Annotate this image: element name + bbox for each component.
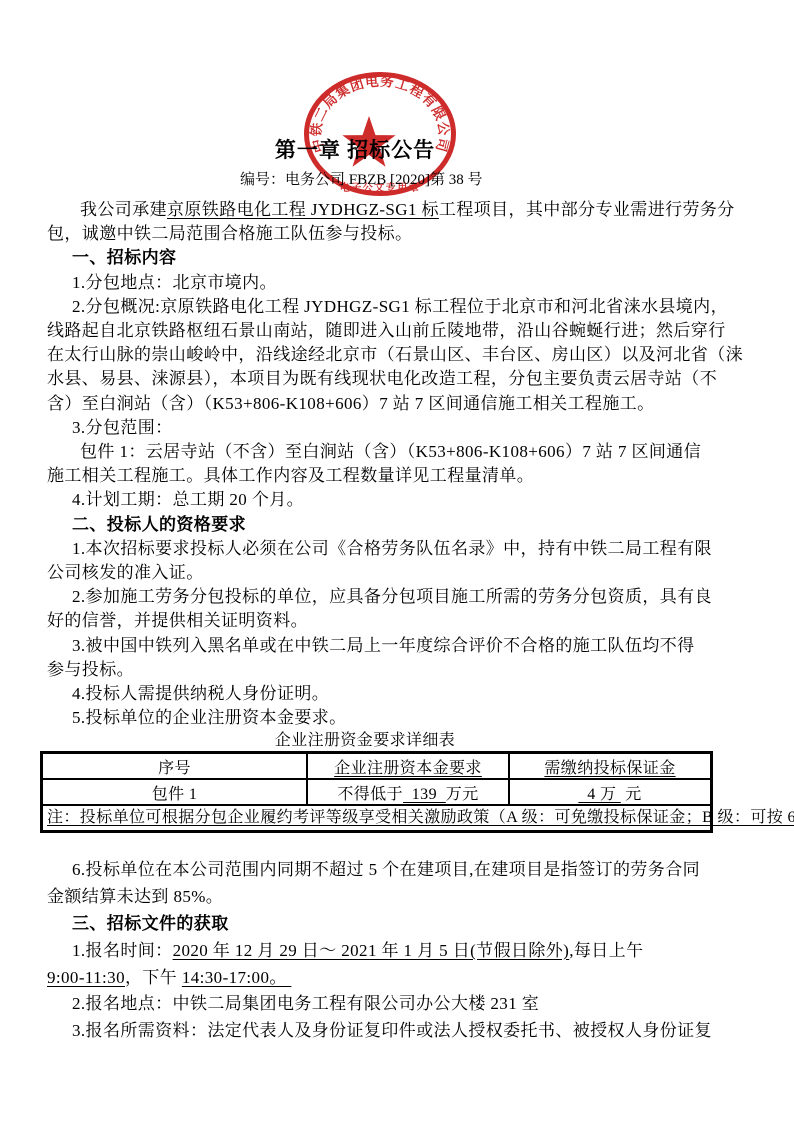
text-segment: 金额结算未达到 85%。 — [47, 887, 223, 906]
underlined-text: 139 — [403, 786, 446, 803]
text-line: 含）至白涧站（含）（K53+806-K108+606）7 站 7 区间通信施工相… — [47, 392, 747, 416]
text-line: 5.投标单位的企业注册资本金要求。 — [47, 706, 747, 730]
text-line: 我公司承建京原铁路电化工程 JYDHGZ-SG1 标工程项目，其中部分专业需进行… — [47, 198, 747, 222]
body-section-2: 6.投标单位在本公司范围内同期不超过 5 个在建项目,在建项目是指签订的劳务合同… — [47, 857, 747, 1045]
page-title: 第一章 招标公告 — [5, 137, 705, 163]
text-line: 2.报名地点：中铁二局集团电务工程有限公司办公大楼 231 室 — [47, 991, 747, 1018]
document-page: 第一章 招标公告 编号：电务公司 FBZB [2020]第 38 号 我公司承建… — [0, 0, 794, 1123]
text-segment: 施工相关工程施工。具体工作内容及工程数量详见工程量清单。 — [47, 466, 534, 485]
underlined-text: 京原铁路电化工程 JYDHGZ-SG1 标 — [167, 200, 439, 219]
text-line: 1.分包地点：北京市境内。 — [47, 271, 747, 295]
text-line: 施工相关工程施工。具体工作内容及工程数量详见工程量清单。 — [47, 464, 747, 488]
text-segment: 包，诚邀中铁二局范围合格施工队伍参与投标。 — [47, 224, 412, 243]
text-line: 3.分包范围： — [47, 416, 747, 440]
text-line: 4.投标人需提供纳税人身份证明。 — [47, 682, 747, 706]
document-content: 第一章 招标公告 编号：电务公司 FBZB [2020]第 38 号 我公司承建… — [0, 0, 794, 1045]
text-segment: 线路起自北京铁路枢纽石景山南站，随即进入山前丘陵地带，沿山谷蜿蜒行进；然后穿行 — [47, 321, 726, 340]
text-segment: 2.分包概况:京原铁路电化工程 JYDHGZ-SG1 标工程位于北京市和河北省涞… — [72, 297, 728, 316]
text-segment: 一、招标内容 — [72, 248, 176, 267]
text-segment: 5.投标单位的企业注册资本金要求。 — [72, 708, 347, 727]
table-header-row: 序号 企业注册资本金要求 需缴纳投标保证金 — [42, 753, 712, 780]
text-segment: 1.报名时间： — [72, 941, 173, 960]
section-heading: 二、投标人的资格要求 — [47, 513, 747, 537]
text-segment: 3.分包范围： — [72, 418, 173, 437]
text-segment: 1.分包地点：北京市境内。 — [72, 273, 277, 292]
text-segment: 公司核发的准入证。 — [47, 563, 204, 582]
text-segment: 三、招标文件的获取 — [72, 914, 229, 933]
text-segment: 好的信誉，并提供相关证明资料。 — [47, 611, 308, 630]
text-segment: 1.本次招标要求投标人必须在公司《合格劳务队伍名录》中，持有中铁二局工程有限 — [72, 539, 712, 558]
text-line: 包件 1：云居寺站（不含）至白涧站（含）（K53+806-K108+606）7 … — [47, 440, 747, 464]
header-seq: 序号 — [42, 753, 308, 780]
cell-package: 包件 1 — [42, 779, 308, 805]
table-row: 包件 1 不得低于 139 万元 4 万 元 — [42, 779, 712, 805]
cell-bid-deposit: 4 万 元 — [509, 779, 712, 805]
text-line: 2.分包概况:京原铁路电化工程 JYDHGZ-SG1 标工程位于北京市和河北省涞… — [47, 295, 747, 319]
text-line: 金额结算未达到 85%。 — [47, 884, 747, 911]
underlined-text: 4 万 — [578, 786, 620, 803]
text-line: 2.参加施工劳务分包投标的单位，应具备分包项目施工所需的劳务分包资质，具有良 — [47, 585, 747, 609]
text-line: 3.报名所需资料：法定代表人及身份证复印件或法人授权委托书、被授权人身份证复 — [47, 1018, 747, 1045]
text-segment: 2.报名地点：中铁二局集团电务工程有限公司办公大楼 231 室 — [72, 994, 539, 1013]
text-line: 3.被中国中铁列入黑名单或在中铁二局上一年度综合评价不合格的施工队伍均不得 — [47, 634, 747, 658]
text-segment: 包件 1：云居寺站（不含）至白涧站（含）（K53+806-K108+606）7 … — [80, 442, 701, 461]
header-capital-requirement: 企业注册资本金要求 — [307, 753, 509, 780]
text-segment: 元 — [621, 786, 642, 803]
section-heading: 一、招标内容 — [47, 246, 747, 270]
text-line: 4.计划工期：总工期 20 个月。 — [47, 488, 747, 512]
text-segment: 我公司承建 — [80, 200, 167, 219]
text-line: 在太行山脉的崇山峻岭中，沿线途经北京市（石景山区、丰台区、房山区）以及河北省（涞 — [47, 343, 747, 367]
text-segment: 含）至白涧站（含）（K53+806-K108+606）7 站 7 区间通信施工相… — [47, 394, 655, 413]
text-segment: 水县、易县、涞源县），本项目为既有线现状电化改造工程，分包主要负责云居寺站（不 — [47, 369, 717, 388]
text-segment: 工程项目，其中部分专业需进行劳务分 — [439, 200, 735, 219]
text-segment: 2.参加施工劳务分包投标的单位，应具备分包项目施工所需的劳务分包资质，具有良 — [72, 587, 712, 606]
text-segment: 4.投标人需提供纳税人身份证明。 — [72, 684, 329, 703]
text-segment: 3.报名所需资料：法定代表人及身份证复印件或法人授权委托书、被授权人身份证复 — [72, 1021, 712, 1040]
text-line: 参与投标。 — [47, 658, 747, 682]
underlined-text: 9:00-11:30 — [47, 968, 125, 987]
table-note: 注：投标单位可根据分包企业履约考评等级享受相关激励政策（A 级：可免缴投标保证金… — [42, 805, 712, 832]
text-segment: ，下午 — [125, 968, 182, 987]
text-line: 6.投标单位在本公司范围内同期不超过 5 个在建项目,在建项目是指签订的劳务合同 — [47, 857, 747, 884]
text-line: 1.报名时间：2020 年 12 月 29 日～ 2021 年 1 月 5 日(… — [47, 938, 747, 965]
text-segment: 万元 — [446, 786, 479, 803]
text-segment: 不得低于 — [337, 786, 403, 803]
text-segment: 参与投标。 — [47, 660, 134, 679]
text-segment: 4.计划工期：总工期 20 个月。 — [72, 490, 304, 509]
text-line: 好的信誉，并提供相关证明资料。 — [47, 609, 747, 633]
body-section-1: 我公司承建京原铁路电化工程 JYDHGZ-SG1 标工程项目，其中部分专业需进行… — [47, 198, 747, 730]
text-line: 1.本次招标要求投标人必须在公司《合格劳务队伍名录》中，持有中铁二局工程有限 — [47, 537, 747, 561]
text-segment: 二、投标人的资格要求 — [72, 515, 246, 534]
text-line: 水县、易县、涞源县），本项目为既有线现状电化改造工程，分包主要负责云居寺站（不 — [47, 367, 747, 391]
header-bid-deposit: 需缴纳投标保证金 — [509, 753, 712, 780]
underlined-text: 14:30-17:00。 — [182, 968, 292, 987]
text-line: 包，诚邀中铁二局范围合格施工队伍参与投标。 — [47, 222, 747, 246]
text-line: 9:00-11:30，下午 14:30-17:00。 — [47, 965, 747, 992]
text-line: 线路起自北京铁路枢纽石景山南站，随即进入山前丘陵地带，沿山谷蜿蜒行进；然后穿行 — [47, 319, 747, 343]
text-segment: 3.被中国中铁列入黑名单或在中铁二局上一年度综合评价不合格的施工队伍均不得 — [72, 636, 695, 655]
table-note-row: 注：投标单位可根据分包企业履约考评等级享受相关激励政策（A 级：可免缴投标保证金… — [42, 805, 712, 832]
underlined-text: 2020 年 12 月 29 日～ 2021 年 1 月 5 日(节假日除外) — [173, 941, 570, 960]
section-heading: 三、招标文件的获取 — [47, 911, 747, 938]
text-segment: 在太行山脉的崇山峻岭中，沿线途经北京市（石景山区、丰台区、房山区）以及河北省（涞 — [47, 345, 743, 364]
capital-requirements-table: 序号 企业注册资本金要求 需缴纳投标保证金 包件 1 不得低于 139 万元 4… — [40, 751, 713, 833]
document-number: 编号：电务公司 FBZB [2020]第 38 号 — [240, 170, 747, 190]
text-segment: 6.投标单位在本公司范围内同期不超过 5 个在建项目,在建项目是指签订的劳务合同 — [72, 860, 700, 879]
text-segment: ,每日上午 — [569, 941, 643, 960]
table-caption: 企业注册资金要求详细表 — [40, 730, 690, 749]
cell-capital-requirement: 不得低于 139 万元 — [307, 779, 509, 805]
text-line: 公司核发的准入证。 — [47, 561, 747, 585]
